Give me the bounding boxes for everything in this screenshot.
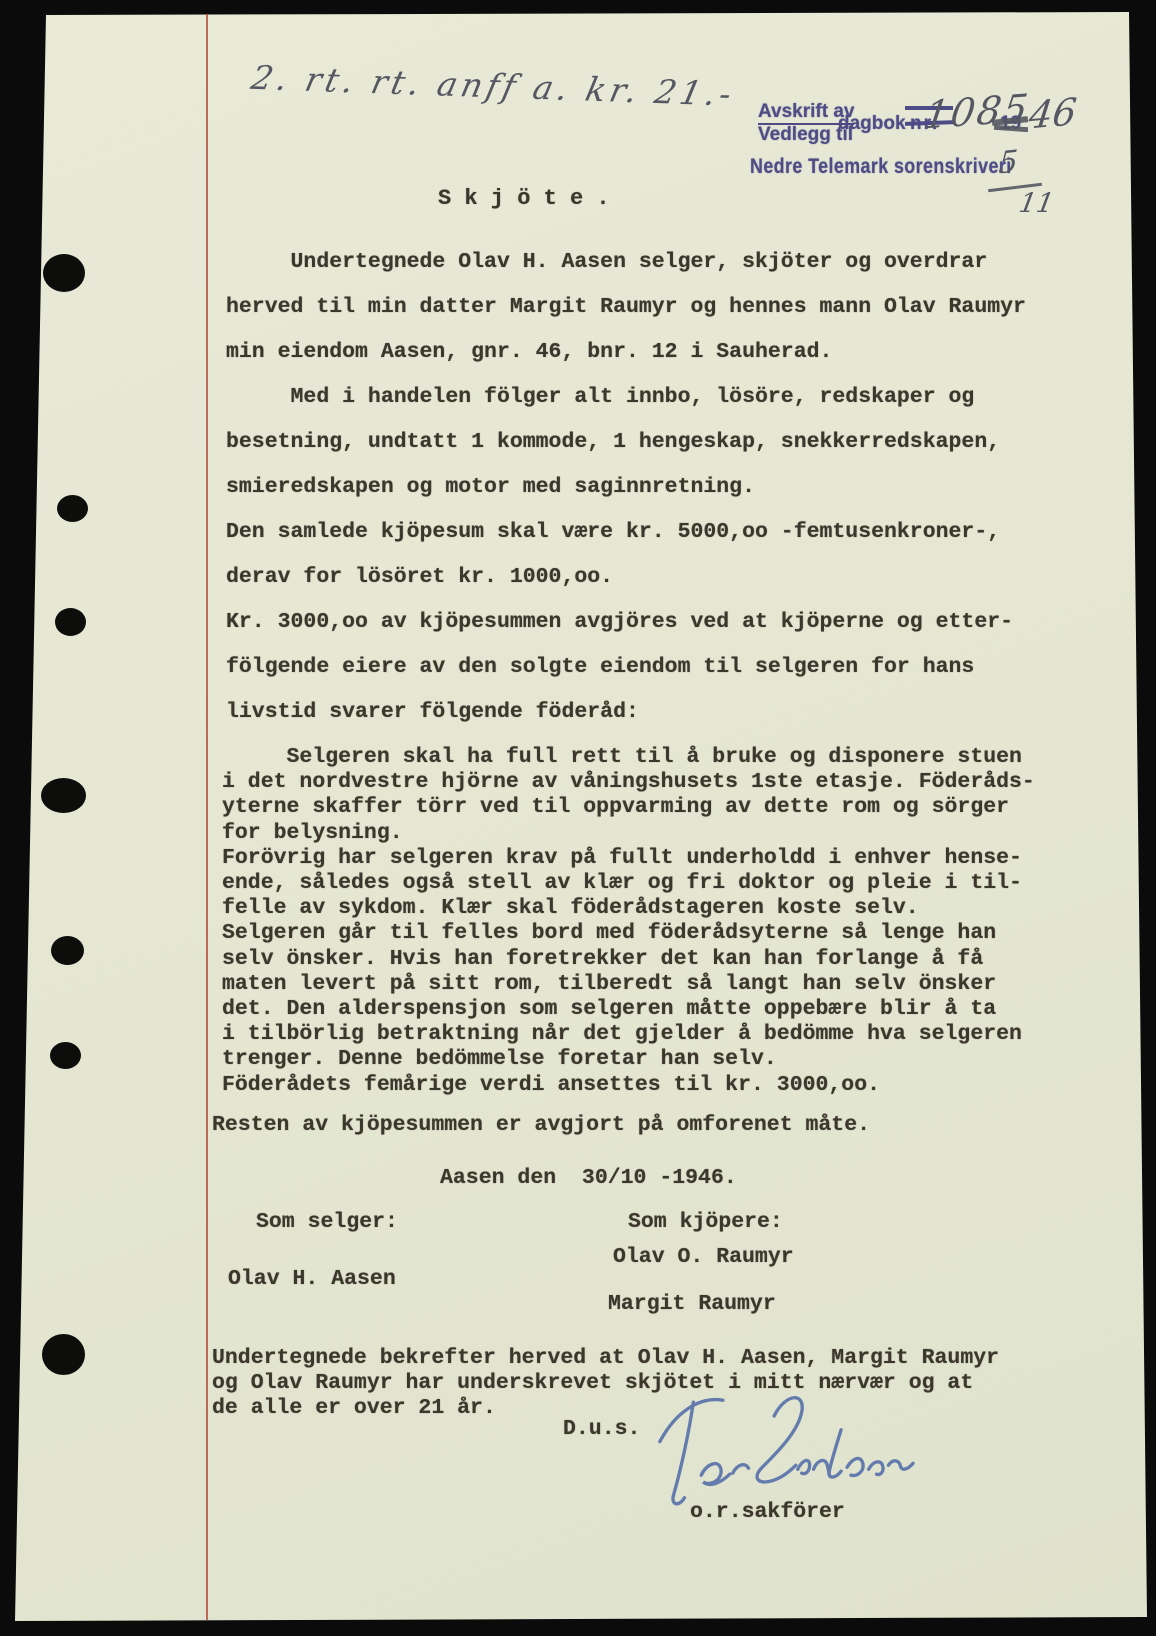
attorney-signature-handwriting: Tor Lindheim bbox=[648, 1382, 916, 1516]
buyer-signature-name-1: Olav O. Raumyr bbox=[613, 1245, 794, 1269]
deed-closing-line: Resten av kjöpesummen er avgjort på omfo… bbox=[212, 1113, 870, 1137]
punch-hole bbox=[55, 608, 86, 636]
punch-hole bbox=[41, 778, 86, 813]
stamp-year-handwritten: 46 bbox=[1027, 90, 1079, 138]
attorney-title: o.r.sakförer bbox=[690, 1500, 845, 1524]
dus-abbreviation: D.u.s. bbox=[563, 1417, 640, 1441]
stamp-dagbok-label: dagbok bbox=[838, 113, 906, 135]
buyer-signature-name-2: Margit Raumyr bbox=[608, 1292, 776, 1316]
punch-hole bbox=[42, 1334, 85, 1375]
punch-hole bbox=[43, 254, 85, 292]
stamp-date-day-handwritten: 5 bbox=[998, 144, 1019, 181]
seller-label: Som selger: bbox=[256, 1210, 398, 1234]
punch-hole bbox=[51, 936, 84, 965]
deed-body-foederaad: Selgeren skal ha full rett til å bruke o… bbox=[222, 745, 1035, 1098]
punch-hole bbox=[50, 1042, 81, 1069]
buyer-label: Som kjöpere: bbox=[628, 1210, 783, 1234]
red-margin-line bbox=[206, 14, 208, 1620]
punch-hole bbox=[57, 495, 88, 522]
deed-body-main: Undertegnede Olav H. Aasen selger, skjöt… bbox=[226, 240, 1026, 735]
seller-signature-name: Olav H. Aasen bbox=[228, 1267, 396, 1291]
stamp-date-month-handwritten: 11 bbox=[1017, 188, 1057, 219]
scanned-document: 2. rt. rt. anff a. kr. 21.- Avskrift av … bbox=[0, 0, 1156, 1636]
stamp-office-name: Nedre Telemark sorenskriveri bbox=[750, 155, 1012, 179]
deed-title: S k j ö t e . bbox=[438, 186, 610, 211]
deed-dateline: Aasen den 30/10 -1946. bbox=[440, 1166, 737, 1190]
